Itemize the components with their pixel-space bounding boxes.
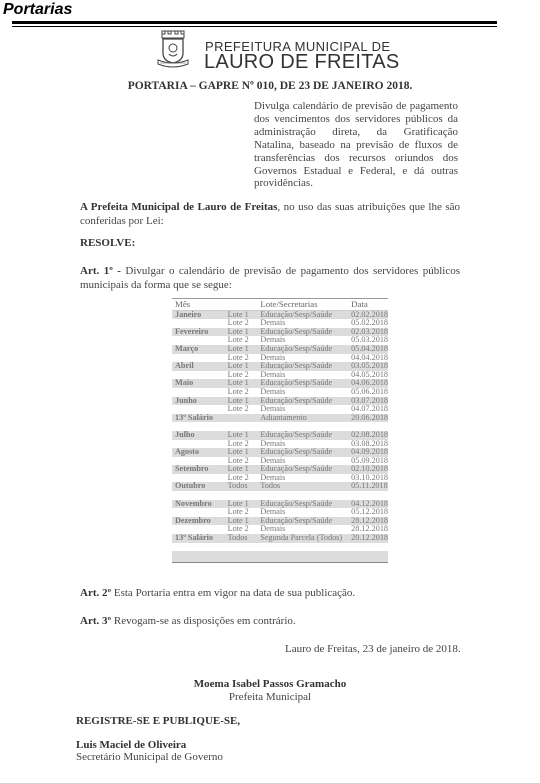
cell-mes: 13º Salário	[172, 534, 225, 543]
cell-sec: Adiantamento	[257, 414, 348, 423]
cell-mes: 13º Salário	[172, 414, 225, 423]
cell-data: 05.11.2018	[348, 482, 388, 491]
table-row: 13º SalárioTodosSegunda Parcela (Todos)2…	[172, 534, 388, 543]
coat-of-arms-icon	[157, 30, 189, 70]
article-1-label: Art. 1º -	[80, 265, 121, 277]
cell-mes: Maio	[172, 379, 225, 388]
payment-calendar-table: Mês Lote/Secretarias Data JaneiroLote 1E…	[172, 298, 388, 563]
cell-mes: Outubro	[172, 482, 225, 491]
cell-lote: Lote 2	[225, 405, 258, 414]
cell-lote: Todos	[225, 534, 258, 543]
table-row: OutubroTodosTodos05.11.2018	[172, 482, 388, 491]
article-2: Art. 2º Esta Portaria entra em vigor na …	[80, 586, 355, 600]
table-header-row: Mês Lote/Secretarias Data	[172, 299, 388, 311]
article-3-label: Art. 3º	[80, 615, 111, 627]
header-rule	[12, 21, 497, 24]
article-1: Art. 1º - Divulgar o calendário de previ…	[80, 264, 460, 292]
cell-lote	[225, 414, 258, 423]
signer-1-role: Prefeita Municipal	[0, 691, 540, 703]
cell-mes: Agosto	[172, 448, 225, 457]
table-spacer-row	[172, 543, 388, 552]
ementa: Divulga calendário de previsão de pagame…	[254, 100, 458, 190]
cell-data: 20.06.2018	[348, 414, 388, 423]
registre-line: REGISTRE-SE E PUBLIQUE-SE,	[76, 714, 240, 728]
table-row: 13º SalárioAdiantamento20.06.2018	[172, 414, 388, 423]
table-body: JaneiroLote 1Educação/Sesp/Saúde02.02.20…	[172, 310, 388, 563]
section-title: Portarias	[3, 1, 72, 19]
cell-sec: Segunda Parcela (Todos)	[257, 534, 348, 543]
cell-mes: Março	[172, 345, 225, 354]
preamble-bold: A Prefeita Municipal de Lauro de Freitas	[80, 201, 277, 213]
cell-lote: Todos	[225, 482, 258, 491]
cell-mes: Julho	[172, 431, 225, 440]
header-rule-thin	[12, 26, 497, 27]
cell-mes: Setembro	[172, 465, 225, 474]
portaria-title: PORTARIA – GAPRE Nº 010, DE 23 DE JANEIR…	[0, 80, 540, 92]
header-lote	[225, 299, 258, 311]
cell-mes: Dezembro	[172, 517, 225, 526]
preamble: A Prefeita Municipal de Lauro de Freitas…	[80, 200, 460, 228]
header-secretarias: Lote/Secretarias	[257, 299, 348, 311]
cell-sec: Todos	[257, 482, 348, 491]
cell-mes: Fevereiro	[172, 328, 225, 337]
signer-2-role: Secretário Municipal de Governo	[76, 750, 223, 764]
article-1-text: Divulgar o calendário de previsão de pag…	[80, 265, 460, 291]
table-footer-row	[172, 551, 388, 563]
article-3: Art. 3º Revogam-se as disposições em con…	[80, 614, 296, 628]
cell-mes: Janeiro	[172, 310, 225, 319]
cell-mes: Junho	[172, 397, 225, 406]
article-2-label: Art. 2º	[80, 587, 111, 599]
cell-mes: Abril	[172, 362, 225, 371]
header-data: Data	[348, 299, 388, 311]
place-date: Lauro de Freitas, 23 de janeiro de 2018.	[285, 642, 461, 656]
cell-mes: Novembro	[172, 500, 225, 509]
cell-data: 20.12.2018	[348, 534, 388, 543]
signer-1-name: Moema Isabel Passos Gramacho	[0, 678, 540, 690]
header-mes: Mês	[172, 299, 225, 311]
article-2-text: Esta Portaria entra em vigor na data de …	[111, 587, 355, 599]
article-3-text: Revogam-se as disposições em contrário.	[111, 615, 296, 627]
header-main-line: LAURO DE FREITAS	[204, 51, 400, 74]
resolve-heading: RESOLVE:	[80, 236, 135, 250]
